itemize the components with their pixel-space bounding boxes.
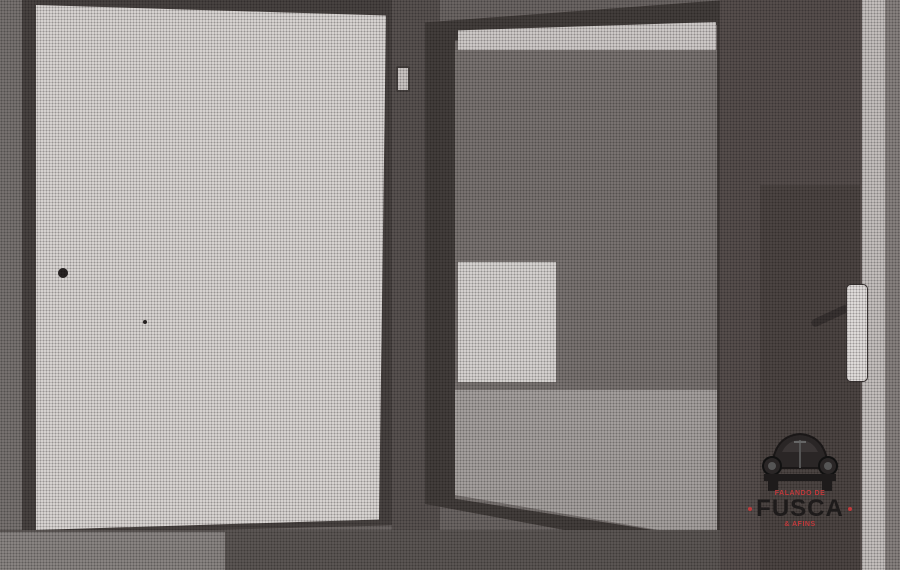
door-mark xyxy=(143,320,147,324)
watermark-dot xyxy=(848,507,852,511)
door-hole xyxy=(58,268,68,278)
watermark-title: FUSCA xyxy=(756,497,844,521)
photo-scene: FALANDO DE FUSCA & AFINS xyxy=(0,0,900,570)
watermark-logo: FALANDO DE FUSCA & AFINS xyxy=(745,428,855,560)
floor-ledge xyxy=(0,532,225,570)
watermark-line-bottom: & AFINS xyxy=(784,521,815,528)
back-wall-panel xyxy=(458,262,556,382)
door-handle xyxy=(846,284,868,382)
open-door-panel xyxy=(36,5,386,530)
interior-floor xyxy=(455,390,717,540)
hinge-latch xyxy=(396,66,410,92)
vw-beetle-car-icon xyxy=(758,428,842,494)
watermark-dot xyxy=(748,507,752,511)
door-edge-strip xyxy=(885,0,900,570)
